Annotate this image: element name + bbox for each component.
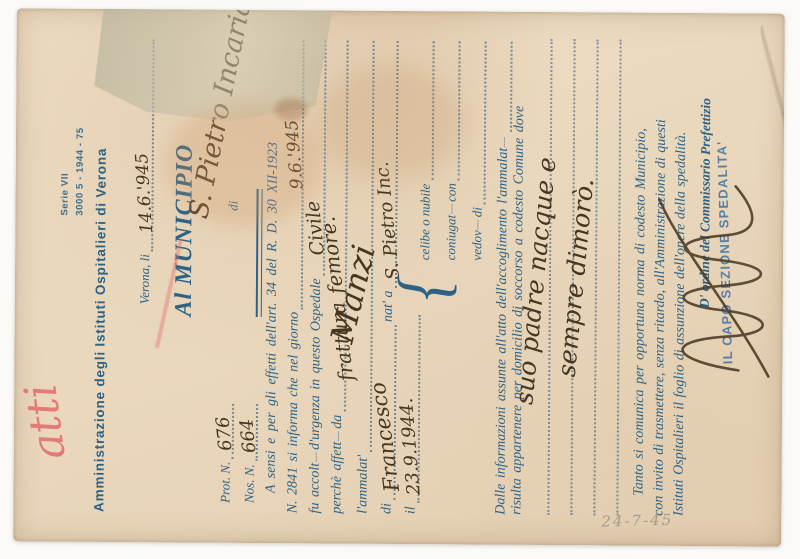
- date-label: Verona, li: [137, 254, 153, 304]
- letterhead: Amministrazione degli Istituti Ospitalie…: [91, 148, 109, 512]
- celibe-line: celibe o nubile: [413, 38, 435, 260]
- prot-line: Prot. N. 676: [213, 401, 234, 503]
- vedovo-line: vedov di: [465, 38, 487, 260]
- coniugato-label-b: con: [444, 183, 460, 202]
- signature-scrawl: [642, 166, 779, 399]
- vedovo-label-b: di: [469, 207, 485, 217]
- domicilio-handwritten-2: sempre dimorò.: [554, 177, 598, 378]
- vedovo-label-a: vedov: [469, 230, 485, 260]
- blank-rule-4: [616, 40, 621, 516]
- coniugato-label-a: coniugat: [443, 215, 459, 261]
- data-nascita-line: il 23.9.1944.: [397, 312, 420, 514]
- para2-line1-blank: [494, 42, 513, 132]
- para1-line4-a: perchè affett: [329, 442, 346, 514]
- nos-label: Nos. N.: [241, 464, 257, 503]
- coniugato-blank: [442, 41, 461, 180]
- ammalato-label: l'ammalat': [355, 455, 371, 514]
- prot-blank: 676: [216, 404, 234, 459]
- il-value-handwritten: 23.9.1944.: [398, 397, 424, 495]
- nos-value-handwritten: 664: [238, 418, 259, 454]
- prot-value-handwritten: 676: [214, 416, 235, 452]
- celibe-label: celibe o nubile: [417, 184, 434, 261]
- coniugato-line: coniugat con: [439, 38, 461, 260]
- paternita-blank: Francesco: [377, 325, 396, 500]
- marital-brace: {: [388, 275, 459, 300]
- serial-note: Serie VII 3000 5 - 1944 - 75: [57, 127, 88, 216]
- red-note-handwritten: atti: [15, 381, 76, 463]
- para1-line4-b: da: [330, 415, 346, 429]
- il-label: il: [403, 506, 419, 514]
- paper-crease: [760, 26, 785, 141]
- nos-blank: 664: [240, 404, 258, 461]
- paternita-label: di: [379, 503, 395, 514]
- celibe-blank: [416, 41, 435, 181]
- para1-line3-a: fu accolt: [307, 463, 323, 514]
- il-blank: 23.9.1944.: [401, 315, 420, 503]
- para1-line3-b: d'urgenza in questo Ospedale: [308, 278, 325, 450]
- pencil-date-note: 24-7-45: [601, 511, 673, 531]
- nos-line: Nos. N. 664: [237, 401, 258, 503]
- heading-di: di: [225, 201, 241, 211]
- prot-label: Prot. N.: [217, 462, 233, 503]
- blank-rule-3: [593, 39, 598, 515]
- serial-line2: 3000 5 - 1944 - 75: [72, 127, 88, 216]
- scan-page: { "colors": { "paper": "#ead8bd", "print…: [0, 0, 800, 559]
- serial-line1: Serie VII: [57, 127, 73, 216]
- nato-blank: S. Pietro Inc.: [379, 41, 399, 288]
- affezione-blank: frattura femore.: [328, 41, 349, 412]
- nato-value-handwritten: S. Pietro Inc.: [374, 160, 403, 280]
- vedovo-blank: [468, 41, 487, 204]
- postcard-scan: atti Serie VII 3000 5 - 1944 - 75 Ammini…: [13, 8, 785, 546]
- heading-rule: [256, 189, 263, 317]
- para1-line2-label: N. 2841 si informa che nel giorno: [285, 312, 302, 513]
- date-value-handwritten: 14.6.'945: [134, 152, 156, 233]
